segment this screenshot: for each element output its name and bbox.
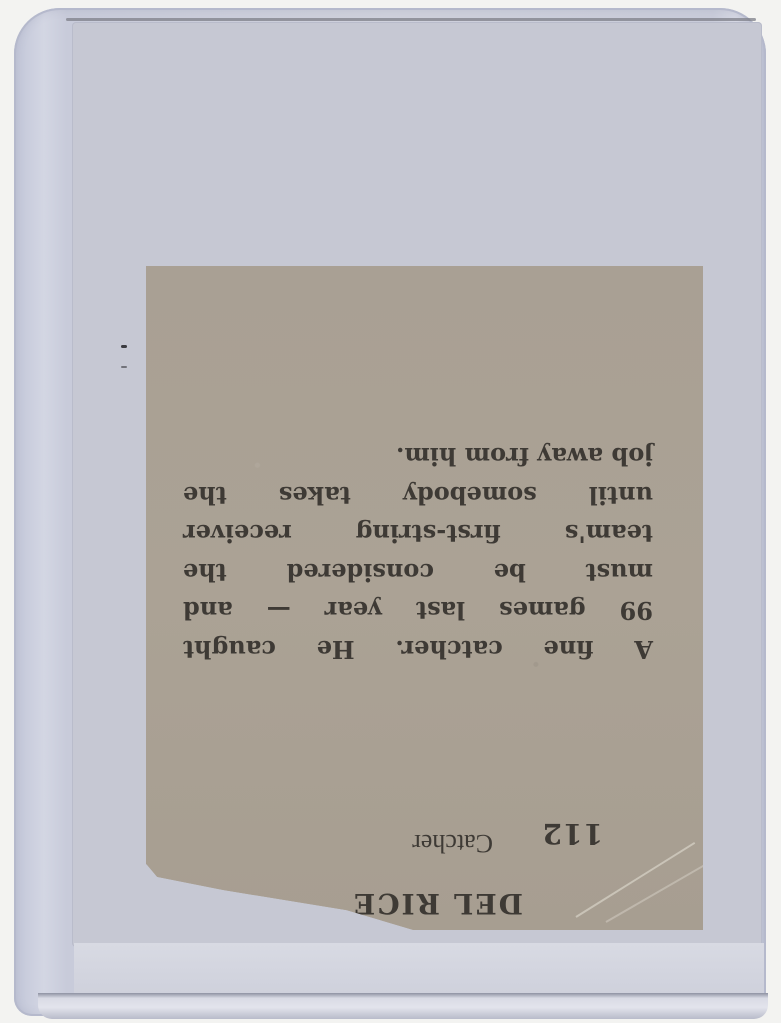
card-number: 112 (542, 817, 603, 850)
player-position: Catcher (412, 828, 493, 858)
bio-line: job away from him. (183, 437, 653, 476)
player-name: DEL RICE (352, 887, 523, 920)
player-bio: A fine catcher. He caught 99 games last … (183, 437, 653, 668)
bio-line: 99 games last year — and (183, 591, 653, 630)
bio-line: team's first-string receiver (183, 514, 653, 553)
holder-top-edge (66, 18, 756, 21)
bio-line: A fine catcher. He caught (183, 630, 653, 669)
baseball-card: DEL RICE 112 Catcher A fine catcher. He … (146, 266, 703, 930)
holder-lower-band (74, 943, 764, 993)
holder-scuff-mark (121, 366, 127, 368)
holder-scuff-mark (121, 345, 127, 348)
bio-line: must be considered the (183, 553, 653, 592)
bio-line: until somebody takes the (183, 476, 653, 515)
photo-scene: DEL RICE 112 Catcher A fine catcher. He … (0, 0, 781, 1023)
card-back-content: DEL RICE 112 Catcher A fine catcher. He … (146, 266, 703, 930)
holder-bottom-rail (38, 993, 768, 1019)
